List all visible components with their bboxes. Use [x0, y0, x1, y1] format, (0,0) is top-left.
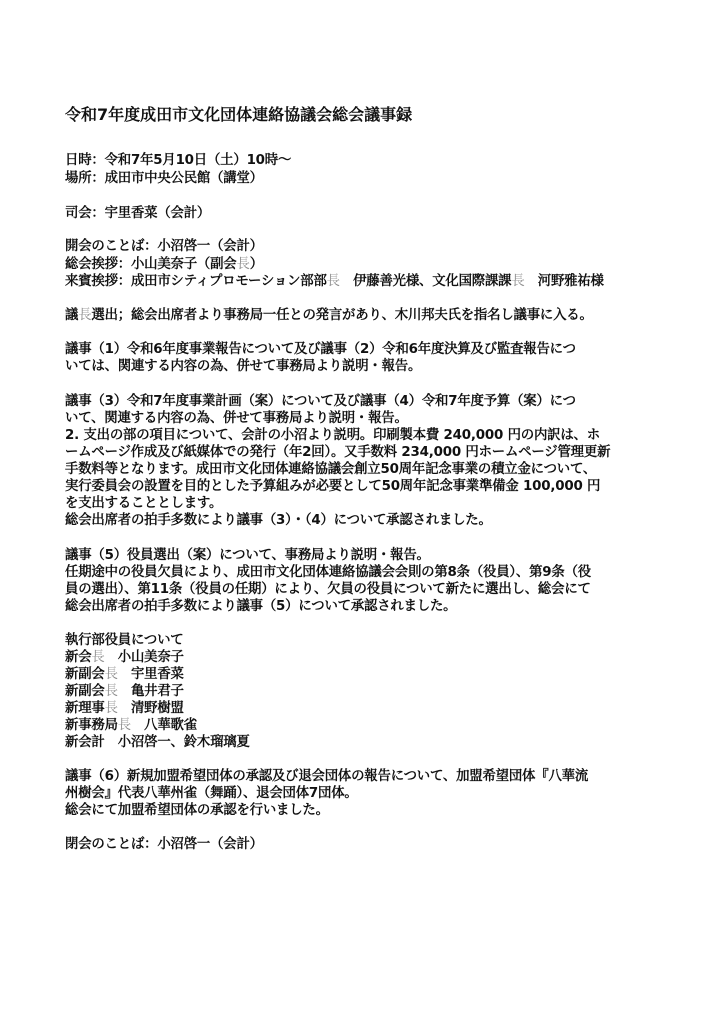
document-line: 新会長 小山美奈子: [65, 649, 184, 666]
line-text: 伊藤善光様、文化国際課課: [340, 274, 511, 289]
gray-character: 長: [105, 684, 118, 699]
line-text: を支出することとします。: [65, 496, 222, 511]
line-text: 総会出席者の拍手多数により議事（5）について承認されました。: [65, 599, 456, 614]
document-line: 2. 支出の部の項目について、会計の小沼より説明。印刷製本費 240,000 円…: [65, 427, 600, 444]
line-text: 総会にて加盟希望団体の承認を行いました。: [65, 803, 329, 818]
line-text: 議事（5）役員選出（案）について、事務局より説明・報告。: [65, 548, 430, 563]
document-line: 議事（5）役員選出（案）について、事務局より説明・報告。: [65, 547, 430, 564]
gray-character: 長: [327, 274, 340, 289]
line-text: 宇里香菜: [118, 667, 184, 682]
document-line: 員の選出）、第11条（役員の任期）により、欠員の役員について新たに選出し、総会に…: [65, 581, 591, 598]
line-text: 州樹会』代表八華州雀（舞踊）、退会団体7団体。: [65, 786, 358, 801]
document-line: 場所：成田市中央公民館（講堂）: [65, 170, 263, 187]
gray-character: 長: [105, 667, 118, 682]
line-text: 総会挨拶：小山美奈子（副会: [65, 257, 236, 272]
document-line: 日時：令和7年5月10日（土）10時～: [65, 152, 291, 169]
line-text: 選出；総会出席者より事務局一任との発言があり、木川邦夫氏を指名し議事に入る。: [91, 308, 592, 323]
line-text: 総会出席者の拍手多数により議事（3）・（4）について承認されました。: [65, 513, 492, 528]
document-line: 新会計 小沼啓一、鈴木瑠璃夏: [65, 734, 250, 751]
document-line: 議長選出；総会出席者より事務局一任との発言があり、木川邦夫氏を指名し議事に入る。: [65, 307, 593, 324]
line-text: 議事（1）令和6年度事業報告について及び議事（2）令和6年度決算及び監査報告につ: [65, 342, 576, 357]
document-line: 執行部役員について: [65, 632, 183, 649]
document-line: 総会挨拶：小山美奈子（副会長）: [65, 256, 263, 273]
document-line: 総会にて加盟希望団体の承認を行いました。: [65, 802, 329, 819]
line-text: 開会のことば：小沼啓一（会計）: [65, 239, 263, 254]
document-line: 新理事長 清野樹盟: [65, 700, 184, 717]
line-text: 議事（3）令和7年度事業計画（案）について及び議事（4）令和7年度予算（案）につ: [65, 394, 576, 409]
line-text: 手数料等となります。成田市文化団体連絡協議会創立50周年記念事業の積立金について…: [65, 462, 596, 477]
line-text: 執行部役員について: [65, 633, 183, 648]
line-text: 小山美奈子: [105, 650, 184, 665]
line-text: 新会計 小沼啓一、鈴木瑠璃夏: [65, 735, 250, 750]
line-text: 新会: [65, 650, 91, 665]
document-line: 議事（3）令和7年度事業計画（案）について及び議事（4）令和7年度予算（案）につ: [65, 393, 576, 410]
line-text: 実行委員会の設置を目的とした予算組みが必要として50周年記念事業準備金 100,…: [65, 479, 600, 494]
line-text: いて、関連する内容の為、併せて事務局より説明・報告。: [65, 411, 408, 426]
document-line: いて、関連する内容の為、併せて事務局より説明・報告。: [65, 410, 408, 427]
line-text: 閉会のことば：小沼啓一（会計）: [65, 837, 263, 852]
document-line: 総会出席者の拍手多数により議事（5）について承認されました。: [65, 598, 456, 615]
document-line: 議事（1）令和6年度事業報告について及び議事（2）令和6年度決算及び監査報告につ: [65, 341, 576, 358]
line-text: 司会：宇里香菜（会計）: [65, 206, 210, 221]
line-text: ）: [250, 257, 263, 272]
line-text: 任期途中の役員欠員により、成田市文化団体連絡協議会会則の第8条（役員）、第9条（…: [65, 565, 591, 580]
document-line: 司会：宇里香菜（会計）: [65, 205, 210, 222]
line-text: ームページ作成及び紙媒体での発行（年2回）。又手数料 234,000 円ホームペ…: [65, 445, 610, 460]
line-text: 2. 支出の部の項目について、会計の小沼より説明。印刷製本費 240,000 円…: [65, 428, 600, 443]
line-text: 日時：令和7年5月10日（土）10時～: [65, 153, 291, 168]
document-title: 令和7年度成田市文化団体連絡協議会総会議事録: [65, 102, 412, 125]
document-line: 閉会のことば：小沼啓一（会計）: [65, 836, 263, 853]
line-text: 河野雅祐様: [525, 274, 604, 289]
gray-character: 長: [118, 718, 131, 733]
document-line: 開会のことば：小沼啓一（会計）: [65, 238, 263, 255]
gray-character: 長: [105, 701, 118, 716]
document-line: を支出することとします。: [65, 495, 222, 512]
line-text: 員の選出）、第11条（役員の任期）により、欠員の役員について新たに選出し、総会に…: [65, 582, 591, 597]
line-text: 亀井君子: [118, 684, 184, 699]
document-line: 総会出席者の拍手多数により議事（3）・（4）について承認されました。: [65, 512, 492, 529]
gray-character: 長: [511, 274, 524, 289]
line-text: 新副会: [65, 667, 105, 682]
document-line: いては、関連する内容の為、併せて事務局より説明・報告。: [65, 358, 421, 375]
document-line: 州樹会』代表八華州雀（舞踊）、退会団体7団体。: [65, 785, 358, 802]
document-line: 新事務局長 八華歌雀: [65, 717, 197, 734]
line-text: 場所：成田市中央公民館（講堂）: [65, 171, 263, 186]
document-line: 議事（6）新規加盟希望団体の承認及び退会団体の報告について、加盟希望団体『八華流: [65, 768, 588, 785]
line-text: 議: [65, 308, 78, 323]
gray-character: 長: [236, 257, 249, 272]
line-text: 来賓挨拶：成田市シティプロモーション部部: [65, 274, 327, 289]
gray-character: 長: [78, 308, 91, 323]
gray-character: 長: [91, 650, 104, 665]
line-text: 八華歌雀: [131, 718, 197, 733]
document-line: 新副会長 亀井君子: [65, 683, 184, 700]
line-text: いては、関連する内容の為、併せて事務局より説明・報告。: [65, 359, 421, 374]
document-line: ームページ作成及び紙媒体での発行（年2回）。又手数料 234,000 円ホームペ…: [65, 444, 610, 461]
document-line: 手数料等となります。成田市文化団体連絡協議会創立50周年記念事業の積立金について…: [65, 461, 596, 478]
document-line: 任期途中の役員欠員により、成田市文化団体連絡協議会会則の第8条（役員）、第9条（…: [65, 564, 591, 581]
line-text: 清野樹盟: [118, 701, 184, 716]
document-line: 来賓挨拶：成田市シティプロモーション部部長 伊藤善光様、文化国際課課長 河野雅祐…: [65, 273, 604, 290]
line-text: 議事（6）新規加盟希望団体の承認及び退会団体の報告について、加盟希望団体『八華流: [65, 769, 588, 784]
line-text: 新副会: [65, 684, 105, 699]
document-line: 実行委員会の設置を目的とした予算組みが必要として50周年記念事業準備金 100,…: [65, 478, 600, 495]
line-text: 新理事: [65, 701, 105, 716]
document-line: 新副会長 宇里香菜: [65, 666, 184, 683]
line-text: 新事務局: [65, 718, 118, 733]
